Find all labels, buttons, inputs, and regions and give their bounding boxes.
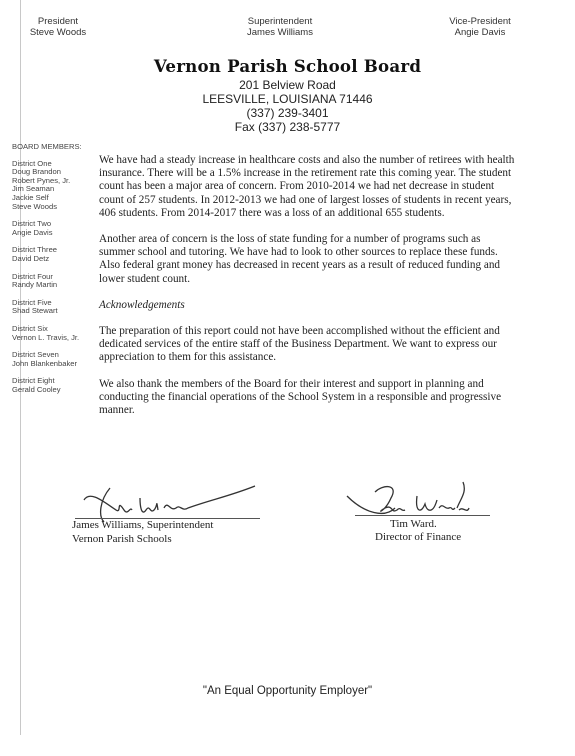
board-members-header: BOARD MEMBERS: [12,143,92,152]
board-member-name: Vernon L. Travis, Jr. [12,334,92,343]
officer-superintendent: Superintendent James Williams [230,16,330,38]
acknowledgements-heading: Acknowledgements [99,299,519,312]
paragraph-healthcare: We have had a steady increase in healthc… [99,154,519,220]
signature-caption: James Williams, Superintendent Vernon Pa… [72,519,213,546]
board-member-name: Shad Stewart [12,307,92,316]
board-member-name: David Detz [12,255,92,264]
officer-vice-president: Vice-President Angie Davis [435,16,525,38]
letter-body: We have had a steady increase in healthc… [99,154,519,430]
district-group: District FiveShad Stewart [12,299,92,316]
board-member-name: Randy Martin [12,281,92,290]
officer-title: President [28,16,88,27]
paragraph-funding: Another area of concern is the loss of s… [99,233,519,286]
officer-name: Steve Woods [28,27,88,38]
signer-name: Tim Ward. [390,518,437,532]
district-group: District SevenJohn Blankenbaker [12,351,92,368]
signature-scribble-icon [80,478,280,523]
signature-scribble-icon [345,478,485,523]
board-member-name: Steve Woods [12,203,92,212]
fax-number: Fax (337) 238-5777 [0,120,575,134]
signature-line [355,515,490,516]
address-street: 201 Belview Road [0,78,575,92]
district-group: District OneDoug BrandonRobert Pynes, Jr… [12,160,92,212]
signature-caption-title: Director of Finance [375,531,461,545]
signer-title: Director of Finance [375,531,461,545]
paragraph-staff-thanks: The preparation of this report could not… [99,325,519,365]
board-member-name: John Blankenbaker [12,360,92,369]
officer-title: Vice-President [435,16,525,27]
address-city: LEESVILLE, LOUISIANA 71446 [0,92,575,106]
board-members-list: BOARD MEMBERS: District OneDoug BrandonR… [12,143,92,403]
district-group: District ThreeDavid Detz [12,246,92,263]
signature-caption: Tim Ward. [390,518,437,532]
equal-opportunity-footer: "An Equal Opportunity Employer" [0,685,575,697]
officer-title: Superintendent [230,16,330,27]
organization-title: Vernon Parish School Board [6,57,570,77]
signer-name-title: James Williams, Superintendent [72,519,213,533]
officer-name: Angie Davis [435,27,525,38]
officer-president: President Steve Woods [28,16,88,38]
board-member-name: Gerald Cooley [12,386,92,395]
signer-organization: Vernon Parish Schools [72,533,213,547]
board-member-name: Angie Davis [12,229,92,238]
district-group: District TwoAngie Davis [12,220,92,237]
district-group: District SixVernon L. Travis, Jr. [12,325,92,342]
district-group: District EightGerald Cooley [12,377,92,394]
letterhead-address: 201 Belview Road LEESVILLE, LOUISIANA 71… [0,78,575,134]
district-group: District FourRandy Martin [12,273,92,290]
paragraph-board-thanks: We also thank the members of the Board f… [99,378,519,418]
phone-number: (337) 239-3401 [0,106,575,120]
officer-name: James Williams [230,27,330,38]
